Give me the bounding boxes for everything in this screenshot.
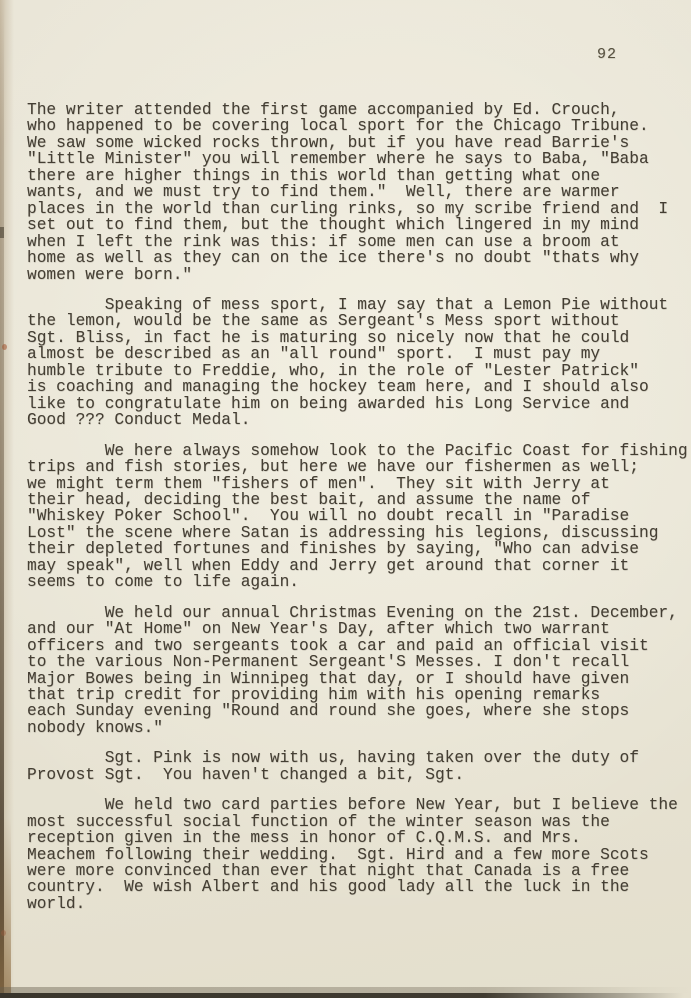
paper-speck <box>1 930 6 936</box>
left-gutter-shadow <box>0 0 14 998</box>
edge-ink-mark <box>0 227 4 238</box>
bottom-scan-edge <box>0 993 691 998</box>
bottom-left-gutter-wedge <box>0 818 11 998</box>
paragraph: The writer attended the first game accom… <box>27 102 679 283</box>
paper-speck <box>2 344 7 350</box>
typewritten-text: The writer attended the first game accom… <box>27 102 679 926</box>
paragraph: Speaking of mess sport, I may say that a… <box>27 297 679 429</box>
page-number: 92 <box>597 46 617 63</box>
scanned-document-page: 92 The writer attended the first game ac… <box>0 0 691 998</box>
paragraph: Sgt. Pink is now with us, having taken o… <box>27 750 679 783</box>
bottom-edge-shadow <box>0 987 691 993</box>
paragraph: We held two card parties before New Year… <box>27 797 679 912</box>
paragraph: We here always somehow look to the Pacif… <box>27 443 679 591</box>
left-edge-line <box>0 0 4 998</box>
paragraph: We held our annual Christmas Evening on … <box>27 605 679 737</box>
